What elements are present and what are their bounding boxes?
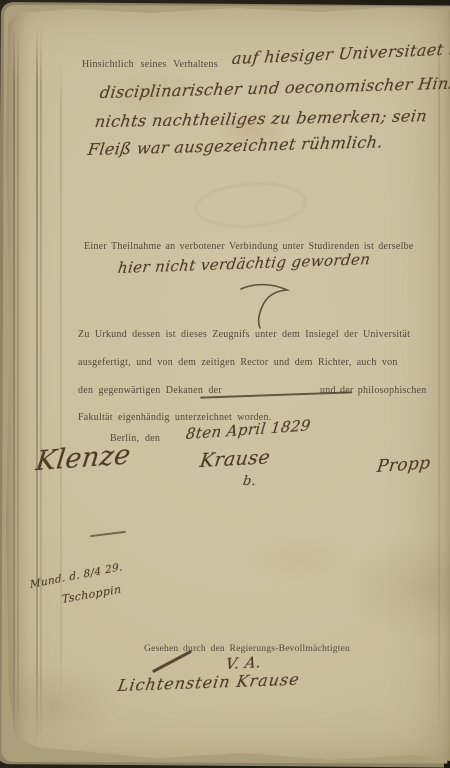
fold-crease	[438, 26, 440, 744]
binding-shadow	[0, 10, 30, 756]
binding-crease	[36, 26, 38, 744]
printed-conduct-label: Hinsichtlich seines Verhaltens	[82, 59, 218, 70]
handwritten-conduct-line: Fleiß war ausgezeichnet rühmlich.	[87, 132, 385, 159]
binding-crease	[60, 60, 62, 708]
document-scan: Hinsichtlich seines Verhaltens auf hiesi…	[0, 0, 450, 768]
certificate-page: Hinsichtlich seines Verhaltens auf hiesi…	[0, 0, 450, 768]
registry-note-line: Tschoppin	[62, 583, 122, 607]
printed-text: der philosophischen	[340, 385, 427, 396]
signature-center: Krause	[198, 446, 271, 472]
signature-center-sub: b.	[242, 474, 257, 489]
handwritten-conduct-line: disciplinarischer und oeconomischer Hins…	[99, 73, 450, 102]
printed-certification-line: und der philosophischen	[320, 385, 427, 396]
signature-left: Klenze	[34, 439, 132, 477]
binding-crease	[17, 26, 19, 744]
signature-seen-by: Lichtenstein Krause	[116, 670, 301, 695]
handwritten-initials: V. A.	[225, 653, 263, 673]
handwritten-conduct-line: auf hiesiger Universitaet ist in	[231, 38, 450, 68]
handwritten-association-response: hier nicht verdächtig geworden	[117, 250, 372, 277]
ink-flourish	[238, 282, 292, 330]
embossed-seal	[194, 179, 309, 231]
binding-crease	[13, 26, 15, 744]
printed-certification-line: den gegenwärtigen Dekanen der	[78, 385, 222, 396]
printed-certification-line: ausgefertigt, und von dem zeitigen Recto…	[78, 357, 398, 368]
ink-dash	[90, 531, 126, 537]
signature-right: Propp	[376, 453, 432, 477]
printed-seen-by-line: Gesehen durch den Regierungs-Bevollmächt…	[144, 643, 350, 654]
handwritten-conduct-line: nichts nachtheiliges zu bemerken; sein	[94, 106, 429, 131]
printed-certification-line: Zu Urkund dessen ist dieses Zeugnifs unt…	[78, 329, 410, 340]
binding-crease	[40, 26, 42, 744]
